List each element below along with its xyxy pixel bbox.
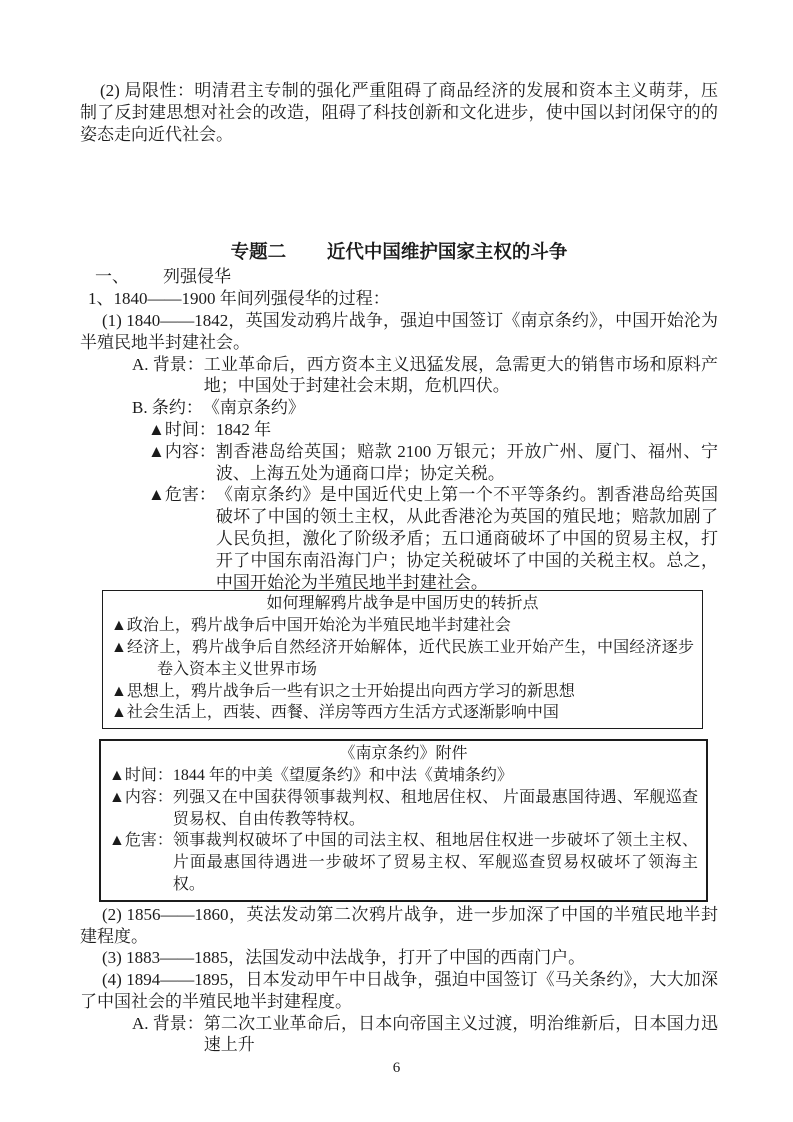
treaty-annex-box: 《南京条约》附件 ▲时间： 1844 年的中美《望厦条约》和中法《黄埔条约》 ▲… <box>99 739 708 902</box>
document-page: (2) 局限性：明清君主专制的强化严重阻碍了商品经济的发展和资本主义萌芽，压制了… <box>0 0 793 1122</box>
process-line: 1、1840——1900 年间列强侵华的过程： <box>88 288 718 310</box>
treaty-time-text: 1842 年 <box>216 419 718 441</box>
section-heading-number: 一、 <box>95 267 129 286</box>
turning-point-box: 如何理解鸦片战争是中国历史的转折点 ▲政治上，鸦片战争后中国开始沦为半殖民地半封… <box>102 590 703 729</box>
treaty-time-item: ▲时间： 1842 年 <box>148 419 718 441</box>
annex-harm-text: 领事裁判权破坏了中国的司法主权、租地居住权进一步破坏了领土主权、 片面最惠国待遇… <box>173 830 698 895</box>
annex-content-text: 列强又在中国获得领事裁判权、租地居住权、 片面最惠国待遇、军舰巡查贸易权、自由传… <box>173 787 698 831</box>
turning-point-thought: ▲思想上，鸦片战争后一些有识之士开始提出向西方学习的新思想 <box>111 681 694 703</box>
topic-title: 专题二近代中国维护国家主权的斗争 <box>80 242 718 264</box>
treaty-harm-item: ▲危害： 《南京条约》是中国近代史上第一个不平等条约。割香港岛给英国破坏了中国的… <box>148 484 718 593</box>
treaty-content-item: ▲内容： 割香港岛给英国；赔款 2100 万银元；开放广州、厦门、福州、宁波、上… <box>148 441 718 485</box>
point4-background-text: 第二次工业革命后，日本向帝国主义过渡，明治维新后，日本国力迅速上升 <box>204 1013 718 1057</box>
section-heading: 一、列强侵华 <box>95 266 718 288</box>
point4-background-label: A. 背景： <box>132 1013 204 1057</box>
point-2: (2) 1856——1860，英法发动第二次鸦片战争，进一步加深了中国的半殖民地… <box>80 904 718 948</box>
triangle-bullet-harm-label: ▲危害： <box>148 484 216 593</box>
background-label: A. 背景： <box>132 354 204 398</box>
treaty-harm-text: 《南京条约》是中国近代史上第一个不平等条约。割香港岛给英国破坏了中国的领土主权，… <box>216 484 718 593</box>
point-1: (1) 1840——1842，英国发动鸦片战争，强迫中国签订《南京条约》，中国开… <box>80 310 718 354</box>
point-3: (3) 1883——1885，法国发动中法战争，打开了中国的西南门户。 <box>80 947 718 969</box>
topic-label: 专题二 <box>231 243 287 263</box>
annex-time-item: ▲时间： 1844 年的中美《望厦条约》和中法《黄埔条约》 <box>109 765 698 787</box>
section-heading-text: 列强侵华 <box>163 267 231 286</box>
treaty-name: 《南京条约》 <box>203 397 718 419</box>
annex-content-label: ▲内容： <box>109 787 173 831</box>
point4-background-item: A. 背景： 第二次工业革命后，日本向帝国主义过渡，明治维新后，日本国力迅速上升 <box>132 1013 718 1057</box>
point1-background-item: A. 背景： 工业革命后，西方资本主义迅猛发展，急需更大的销售市场和原料产地；中… <box>132 354 718 398</box>
annex-content-item: ▲内容： 列强又在中国获得领事裁判权、租地居住权、 片面最惠国待遇、军舰巡查贸易… <box>109 787 698 831</box>
triangle-bullet-content-label: ▲内容： <box>148 441 216 485</box>
turning-point-politics: ▲政治上，鸦片战争后中国开始沦为半殖民地半封建社会 <box>111 615 694 637</box>
point1-treaty-item: B. 条约： 《南京条约》 <box>132 397 718 419</box>
page-content: (2) 局限性：明清君主专制的强化严重阻碍了商品经济的发展和资本主义萌芽，压制了… <box>80 80 718 1056</box>
annex-harm-item: ▲危害： 领事裁判权破坏了中国的司法主权、租地居住权进一步破坏了领土主权、 片面… <box>109 830 698 895</box>
point-4: (4) 1894——1895，日本发动甲午中日战争，强迫中国签订《马关条约》，大… <box>80 969 718 1013</box>
annex-harm-label: ▲危害： <box>109 830 173 895</box>
page-number: 6 <box>0 1060 793 1077</box>
treaty-label: B. 条约： <box>132 397 203 419</box>
topic-title-text: 近代中国维护国家主权的斗争 <box>327 243 568 263</box>
limitations-paragraph: (2) 局限性：明清君主专制的强化严重阻碍了商品经济的发展和资本主义萌芽，压制了… <box>80 80 718 145</box>
annex-time-label: ▲时间： <box>109 765 173 787</box>
treaty-annex-box-title: 《南京条约》附件 <box>109 743 698 765</box>
background-text: 工业革命后，西方资本主义迅猛发展，急需更大的销售市场和原料产地；中国处于封建社会… <box>204 354 718 398</box>
turning-point-economy: ▲经济上，鸦片战争后自然经济开始解体，近代民族工业开始产生，中国经济逐步卷入资本… <box>111 637 694 681</box>
triangle-bullet-time-label: ▲时间： <box>148 419 216 441</box>
turning-point-social-life: ▲社会生活上，西装、西餐、洋房等西方生活方式逐渐影响中国 <box>111 702 694 724</box>
treaty-content-text: 割香港岛给英国；赔款 2100 万银元；开放广州、厦门、福州、宁波、上海五处为通… <box>216 441 718 485</box>
annex-time-text: 1844 年的中美《望厦条约》和中法《黄埔条约》 <box>173 765 698 787</box>
turning-point-box-title: 如何理解鸦片战争是中国历史的转折点 <box>111 593 694 615</box>
